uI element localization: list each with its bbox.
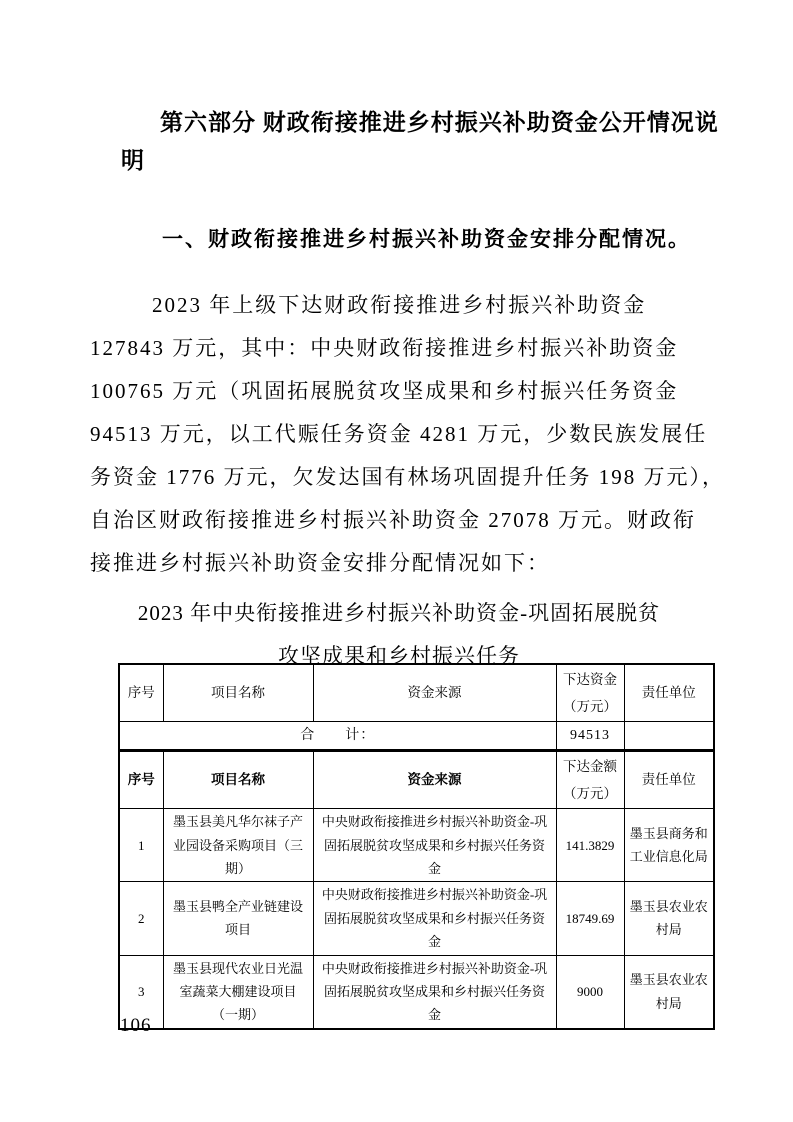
table-title-line1: 2023 年中央衔接推进乡村振兴补助资金-巩固拓展脱贫 bbox=[90, 592, 708, 635]
body-line: 127843 万元，其中：中央财政衔接推进乡村振兴补助资金 bbox=[90, 327, 715, 370]
section-heading: 一、财政衔接推进乡村振兴补助资金安排分配情况。 bbox=[90, 224, 715, 254]
cell-no: 2 bbox=[119, 882, 163, 955]
header-cell-amount: 下达金额 （万元） bbox=[556, 751, 624, 809]
document-title-line2: 明 bbox=[90, 142, 715, 180]
header-cell-source: 资金来源 bbox=[313, 664, 556, 722]
header-cell-amount: 下达资金 （万元） bbox=[556, 664, 624, 722]
table-row: 1 墨玉县美凡华尔袜子产业园设备采购项目（三期） 中央财政衔接推进乡村振兴补助资… bbox=[119, 809, 714, 882]
cell-project: 墨玉县现代农业日光温室蔬菜大棚建设项目（一期） bbox=[163, 955, 313, 1029]
cell-source: 中央财政衔接推进乡村振兴补助资金-巩固拓展脱贫攻坚成果和乡村振兴任务资金 bbox=[313, 955, 556, 1029]
cell-unit: 墨玉县农业农村局 bbox=[624, 955, 714, 1029]
total-label-cell: 合 计： bbox=[119, 722, 556, 751]
document-title-line1: 第六部分 财政衔接推进乡村振兴补助资金公开情况说 bbox=[90, 104, 715, 142]
body-paragraph: 2023 年上级下达财政衔接推进乡村振兴补助资金 127843 万元，其中：中央… bbox=[90, 284, 715, 585]
table-row: 3 墨玉县现代农业日光温室蔬菜大棚建设项目（一期） 中央财政衔接推进乡村振兴补助… bbox=[119, 955, 714, 1029]
cell-source: 中央财政衔接推进乡村振兴补助资金-巩固拓展脱贫攻坚成果和乡村振兴任务资金 bbox=[313, 882, 556, 955]
body-line: 务资金 1776 万元，欠发达国有林场巩固提升任务 198 万元）， bbox=[90, 456, 715, 499]
body-line: 自治区财政衔接推进乡村振兴补助资金 27078 万元。财政衔 bbox=[90, 499, 715, 542]
page-number: 106 bbox=[120, 1015, 152, 1037]
header-cell-project: 项目名称 bbox=[163, 751, 313, 809]
header-amount-line2: （万元） bbox=[562, 693, 619, 720]
header-cell-no: 序号 bbox=[119, 751, 163, 809]
body-line: 94513 万元，以工代赈任务资金 4281 万元，少数民族发展任 bbox=[90, 413, 715, 456]
header-amount-line1: 下达金额 bbox=[562, 753, 619, 780]
table-row: 2 墨玉县鸭全产业链建设项目 中央财政衔接推进乡村振兴补助资金-巩固拓展脱贫攻坚… bbox=[119, 882, 714, 955]
header-cell-unit: 责任单位 bbox=[624, 664, 714, 722]
cell-amount: 9000 bbox=[556, 955, 624, 1029]
document-page: 第六部分 财政衔接推进乡村振兴补助资金公开情况说 明 一、财政衔接推进乡村振兴补… bbox=[0, 0, 793, 1122]
header-amount-line1: 下达资金 bbox=[562, 666, 619, 693]
header-cell-project: 项目名称 bbox=[163, 664, 313, 722]
cell-unit: 墨玉县商务和工业信息化局 bbox=[624, 809, 714, 882]
table-header-row-1: 序号 项目名称 资金来源 下达资金 （万元） 责任单位 bbox=[119, 664, 714, 722]
document-title: 第六部分 财政衔接推进乡村振兴补助资金公开情况说 明 bbox=[90, 104, 715, 180]
table-header-row-2: 序号 项目名称 资金来源 下达金额 （万元） 责任单位 bbox=[119, 751, 714, 809]
body-line: 2023 年上级下达财政衔接推进乡村振兴补助资金 bbox=[90, 284, 715, 327]
cell-amount: 141.3829 bbox=[556, 809, 624, 882]
header-cell-no: 序号 bbox=[119, 664, 163, 722]
cell-unit: 墨玉县农业农村局 bbox=[624, 882, 714, 955]
total-row: 合 计： 94513 bbox=[119, 722, 714, 751]
cell-no: 1 bbox=[119, 809, 163, 882]
header-cell-source: 资金来源 bbox=[313, 751, 556, 809]
header-cell-unit: 责任单位 bbox=[624, 751, 714, 809]
header-amount-line2: （万元） bbox=[562, 780, 619, 807]
funding-table: 序号 项目名称 资金来源 下达资金 （万元） 责任单位 合 计： 94513 序… bbox=[118, 663, 715, 1030]
body-line: 100765 万元（巩固拓展脱贫攻坚成果和乡村振兴任务资金 bbox=[90, 370, 715, 413]
cell-amount: 18749.69 bbox=[556, 882, 624, 955]
total-amount-cell: 94513 bbox=[556, 722, 624, 751]
body-line: 接推进乡村振兴补助资金安排分配情况如下： bbox=[90, 542, 715, 585]
cell-project: 墨玉县鸭全产业链建设项目 bbox=[163, 882, 313, 955]
cell-project: 墨玉县美凡华尔袜子产业园设备采购项目（三期） bbox=[163, 809, 313, 882]
total-unit-cell bbox=[624, 722, 714, 751]
cell-source: 中央财政衔接推进乡村振兴补助资金-巩固拓展脱贫攻坚成果和乡村振兴任务资金 bbox=[313, 809, 556, 882]
